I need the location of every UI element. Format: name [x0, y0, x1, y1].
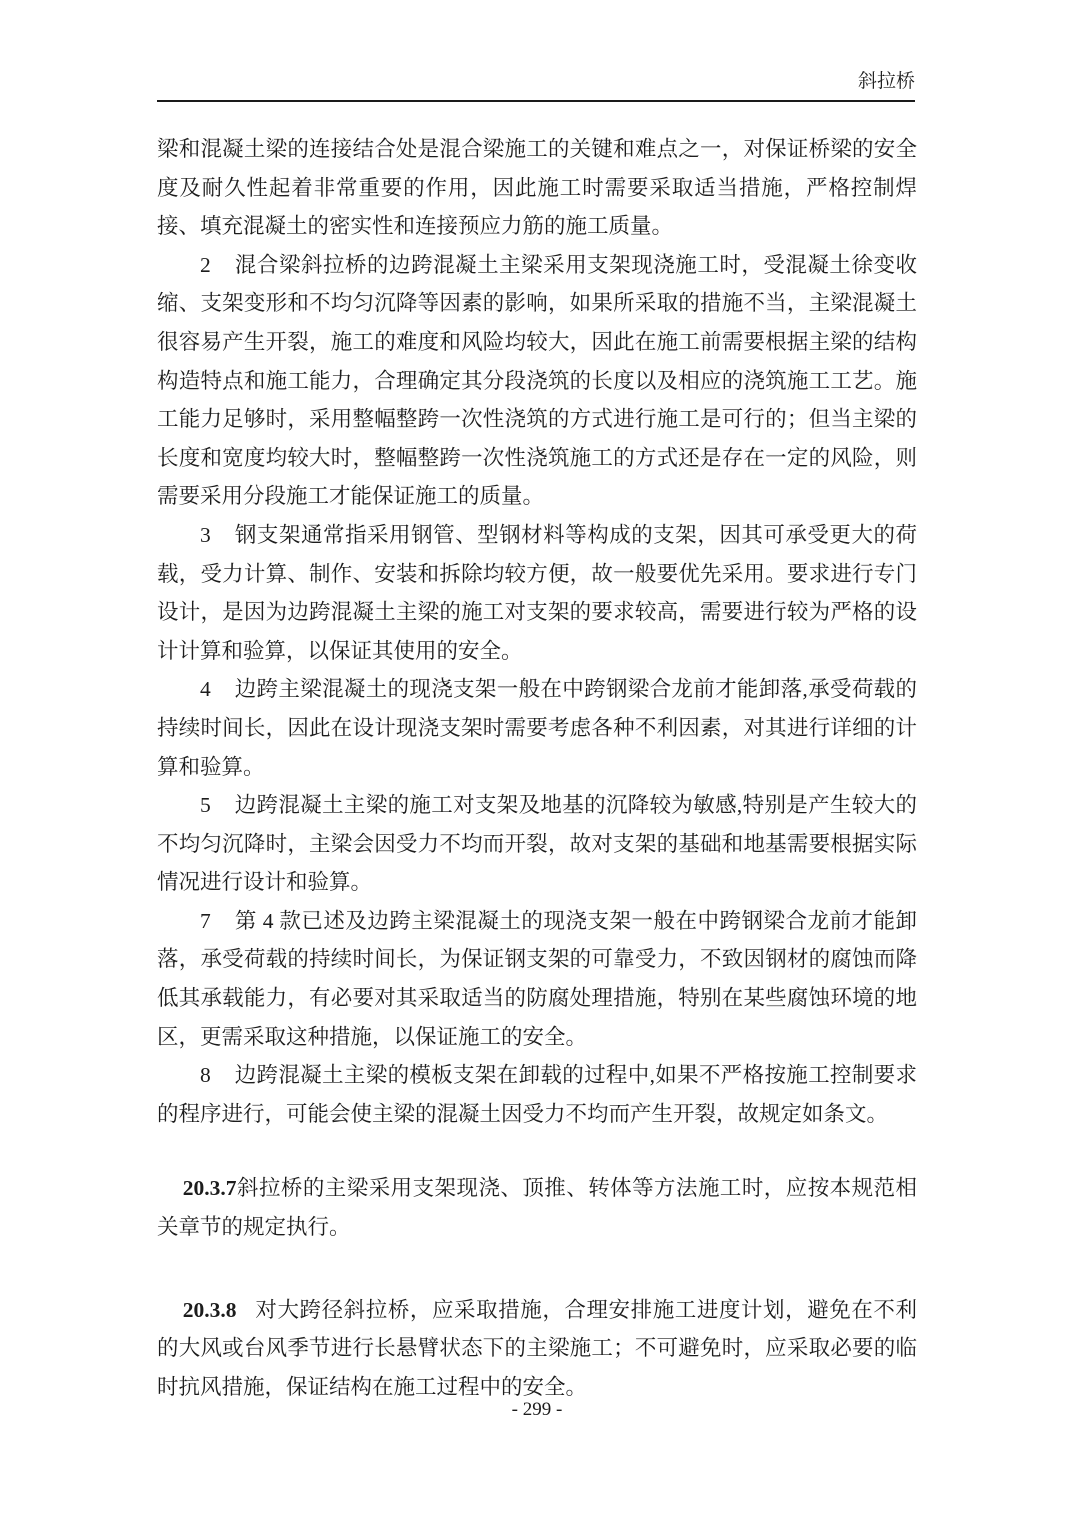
paragraph-text: 钢支架通常指采用钢管、型钢材料等构成的支架，因其可承受更大的荷载，受力计算、制作… — [157, 523, 917, 663]
paragraph-text: 混合梁斜拉桥的边跨混凝土主梁采用支架现浇施工时，受混凝土徐变收缩、支架变形和不均… — [157, 253, 917, 509]
paragraph-number: 3 — [200, 523, 211, 547]
paragraph-number: 5 — [200, 793, 211, 817]
numbered-paragraph-3: 3钢支架通常指采用钢管、型钢材料等构成的支架，因其可承受更大的荷载，受力计算、制… — [157, 516, 917, 670]
page-footer: - 299 - — [0, 1398, 1074, 1422]
intro-paragraph: 梁和混凝土梁的连接结合处是混合梁施工的关键和难点之一，对保证桥梁的安全度及耐久性… — [157, 130, 917, 246]
paragraph-number: 7 — [200, 909, 211, 933]
clause-20-3-8: 20.3.8对大跨径斜拉桥，应采取措施，合理安排施工进度计划，避免在不利的大风或… — [157, 1291, 917, 1407]
page-header: 斜拉桥 — [157, 70, 915, 102]
numbered-paragraph-7: 7第 4 款已述及边跨主梁混凝土的现浇支架一般在中跨钢梁合龙前才能卸落，承受荷载… — [157, 902, 917, 1056]
paragraph-text: 边跨主梁混凝土的现浇支架一般在中跨钢梁合龙前才能卸落,承受荷载的持续时间长，因此… — [157, 677, 917, 778]
clause-number: 20.3.8 — [183, 1298, 237, 1322]
numbered-paragraph-8: 8边跨混凝土主梁的模板支架在卸载的过程中,如果不严格按施工控制要求的程序进行，可… — [157, 1056, 917, 1133]
clause-number: 20.3.7 — [183, 1176, 237, 1200]
paragraph-number: 4 — [200, 677, 211, 701]
numbered-paragraph-5: 5边跨混凝土主梁的施工对支架及地基的沉降较为敏感,特别是产生较大的不均匀沉降时，… — [157, 786, 917, 902]
document-page: 斜拉桥 梁和混凝土梁的连接结合处是混合梁施工的关键和难点之一，对保证桥梁的安全度… — [0, 0, 1074, 1520]
numbered-paragraph-2: 2混合梁斜拉桥的边跨混凝土主梁采用支架现浇施工时，受混凝土徐变收缩、支架变形和不… — [157, 246, 917, 516]
clause-20-3-7: 20.3.7斜拉桥的主梁采用支架现浇、顶推、转体等方法施工时，应按本规范相关章节… — [157, 1169, 917, 1246]
page-number: - 299 - — [512, 1399, 563, 1420]
numbered-paragraph-4: 4边跨主梁混凝土的现浇支架一般在中跨钢梁合龙前才能卸落,承受荷载的持续时间长，因… — [157, 670, 917, 786]
running-head: 斜拉桥 — [858, 71, 915, 92]
paragraph-text: 边跨混凝土主梁的模板支架在卸载的过程中,如果不严格按施工控制要求的程序进行，可能… — [157, 1063, 917, 1126]
clause-text: 斜拉桥的主梁采用支架现浇、顶推、转体等方法施工时，应按本规范相关章节的规定执行。 — [157, 1176, 917, 1239]
paragraph-number: 8 — [200, 1063, 211, 1087]
clause-text: 对大跨径斜拉桥，应采取措施，合理安排施工进度计划，避免在不利的大风或台风季节进行… — [157, 1298, 917, 1399]
paragraph-number: 2 — [200, 253, 211, 277]
paragraph-text: 第 4 款已述及边跨主梁混凝土的现浇支架一般在中跨钢梁合龙前才能卸落，承受荷载的… — [157, 909, 917, 1049]
paragraph-text: 边跨混凝土主梁的施工对支架及地基的沉降较为敏感,特别是产生较大的不均匀沉降时，主… — [157, 793, 917, 894]
body-text: 梁和混凝土梁的连接结合处是混合梁施工的关键和难点之一，对保证桥梁的安全度及耐久性… — [157, 130, 917, 1406]
